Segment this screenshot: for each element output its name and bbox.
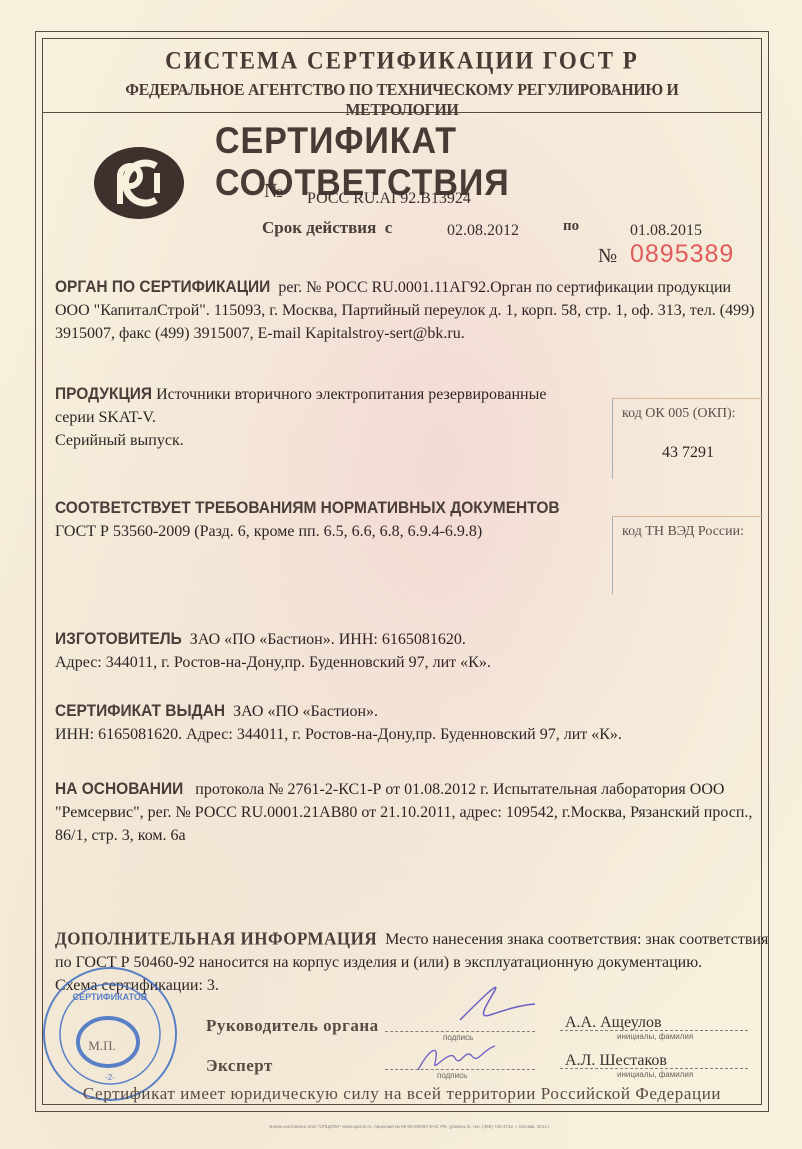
expert-signature-icon — [410, 1038, 500, 1078]
valid-to: 01.08.2015 — [630, 222, 702, 240]
section-text: ЗАО «ПО «Бастион». — [233, 703, 378, 720]
section-certification-body: ОРГАН ПО СЕРТИФИКАЦИИ рег. № РОСС RU.000… — [55, 276, 755, 345]
svg-text:СЕРТИФИКАТОВ: СЕРТИФИКАТОВ — [73, 992, 148, 1002]
valid-to-label: по — [563, 218, 579, 235]
section-basis: НА ОСНОВАНИИ протокола № 2761-2-КС1-Р от… — [55, 778, 755, 847]
okp-code-box: код ОК 005 (ОКП): 43 7291 — [612, 398, 763, 479]
section-label: ПРОДУКЦИЯ — [55, 382, 152, 406]
head-role-label: Руководитель органа — [206, 1016, 379, 1036]
section-label: ИЗГОТОВИТЕЛЬ — [55, 627, 182, 651]
expert-name-caption: инициалы, фамилия — [617, 1070, 693, 1079]
section-text: ГОСТ Р 53560-2009 (Разд. 6, кроме пп. 6.… — [55, 523, 482, 540]
head-name-caption: инициалы, фамилия — [617, 1032, 693, 1041]
tnved-code-label: код ТН ВЭД России: — [613, 517, 763, 540]
section-manufacturer: ИЗГОТОВИТЕЛЬ ЗАО «ПО «Бастион». ИНН: 616… — [55, 628, 765, 674]
registration-number-label: № — [264, 180, 283, 203]
section-compliance: СООТВЕТСТВУЕТ ТРЕБОВАНИЯМ НОРМАТИВНЫХ ДО… — [55, 497, 615, 543]
section-product: ПРОДУКЦИЯ Источники вторичного электропи… — [55, 383, 595, 452]
product-release: Серийный выпуск. — [55, 432, 184, 449]
seal-stamp-icon: СЕРТИФИКАТОВ М.П. -2- — [40, 964, 180, 1104]
expert-name-line — [560, 1068, 748, 1069]
svg-text:М.П.: М.П. — [88, 1038, 115, 1053]
registration-number: РОСС RU.АГ92.В13924 — [307, 190, 471, 208]
section-text: протокола № 2761-2-КС1-Р от 01.08.2012 г… — [195, 781, 724, 798]
tnved-code-value — [613, 540, 763, 562]
head-name-line — [560, 1030, 748, 1031]
section-label: НА ОСНОВАНИИ — [55, 777, 183, 801]
okp-code-label: код ОК 005 (ОКП): — [613, 399, 763, 422]
section-text-continued: "Ремсервис", рег. № РОСС RU.0001.21АВ80 … — [55, 804, 752, 844]
section-label: ОРГАН ПО СЕРТИФИКАЦИИ — [55, 275, 270, 299]
head-signature-icon — [450, 980, 540, 1030]
section-label: СЕРТИФИКАТ ВЫДАН — [55, 699, 225, 723]
section-text: Источники вторичного электропитания резе… — [156, 386, 546, 403]
section-label: ДОПОЛНИТЕЛЬНАЯ ИНФОРМАЦИЯ — [55, 926, 377, 950]
okp-code-value: 43 7291 — [613, 422, 763, 462]
agency-name: ФЕДЕРАЛЬНОЕ АГЕНТСТВО ПО ТЕХНИЧЕСКОМУ РЕ… — [68, 80, 736, 120]
tnved-code-box: код ТН ВЭД России: — [612, 516, 763, 594]
system-title: СИСТЕМА СЕРТИФИКАЦИИ ГОСТ Р — [43, 47, 761, 76]
blank-number-label: № — [598, 245, 617, 268]
section-text-continued: Адрес: 344011, г. Ростов-на-Дону,пр. Буд… — [55, 654, 491, 671]
section-text: ЗАО «ПО «Бастион». ИНН: 6165081620. — [190, 631, 466, 648]
head-signature-line — [385, 1031, 535, 1032]
printer-note: Бланк изготовлен ЗАО "ОПЦИОН" www.opcion… — [230, 1124, 590, 1129]
section-text: рег. № РОСС RU.0001.11АГ92.Орган по серт… — [278, 279, 653, 296]
rst-conformity-mark-icon — [94, 146, 192, 220]
section-label: СООТВЕТСТВУЕТ ТРЕБОВАНИЯМ НОРМАТИВНЫХ ДО… — [55, 496, 560, 520]
product-series: серии SKAT-V. — [55, 409, 156, 426]
svg-text:-2-: -2- — [105, 1073, 115, 1082]
validity-label: Срок действия с — [262, 218, 392, 238]
valid-from: 02.08.2012 — [447, 222, 519, 240]
section-text-continued: ИНН: 6165081620. Адрес: 344011, г. Росто… — [55, 726, 622, 743]
blank-number: 0895389 — [630, 240, 734, 269]
section-issued-to: СЕРТИФИКАТ ВЫДАН ЗАО «ПО «Бастион». ИНН:… — [55, 700, 765, 746]
section-text: Место нанесения знака соответствия: знак… — [385, 931, 768, 948]
expert-role-label: Эксперт — [206, 1056, 273, 1076]
legal-validity-statement: Сертификат имеет юридическую силу на все… — [43, 1084, 761, 1104]
